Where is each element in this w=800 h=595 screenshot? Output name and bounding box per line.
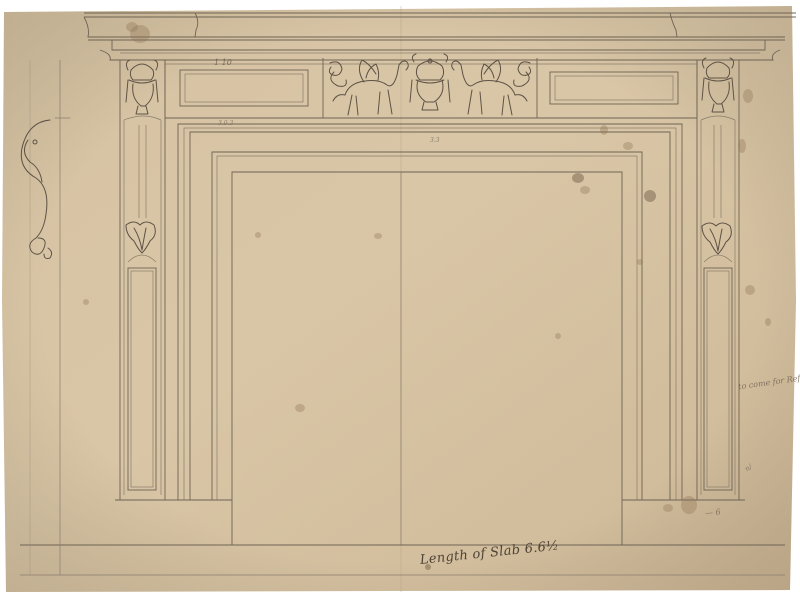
inscription-frieze-number: 1 10 — [214, 58, 232, 67]
inscription-inner-number-a: 3.0.3 — [218, 120, 233, 127]
inscription-inner-number-b: 3.3 — [430, 137, 440, 144]
inscription-bottom-right-mark: — 6 — [705, 507, 721, 517]
drawing-sheet: Length of Slab 6.6½ to come for Ref 1 10… — [0, 0, 800, 595]
paper — [2, 6, 796, 592]
